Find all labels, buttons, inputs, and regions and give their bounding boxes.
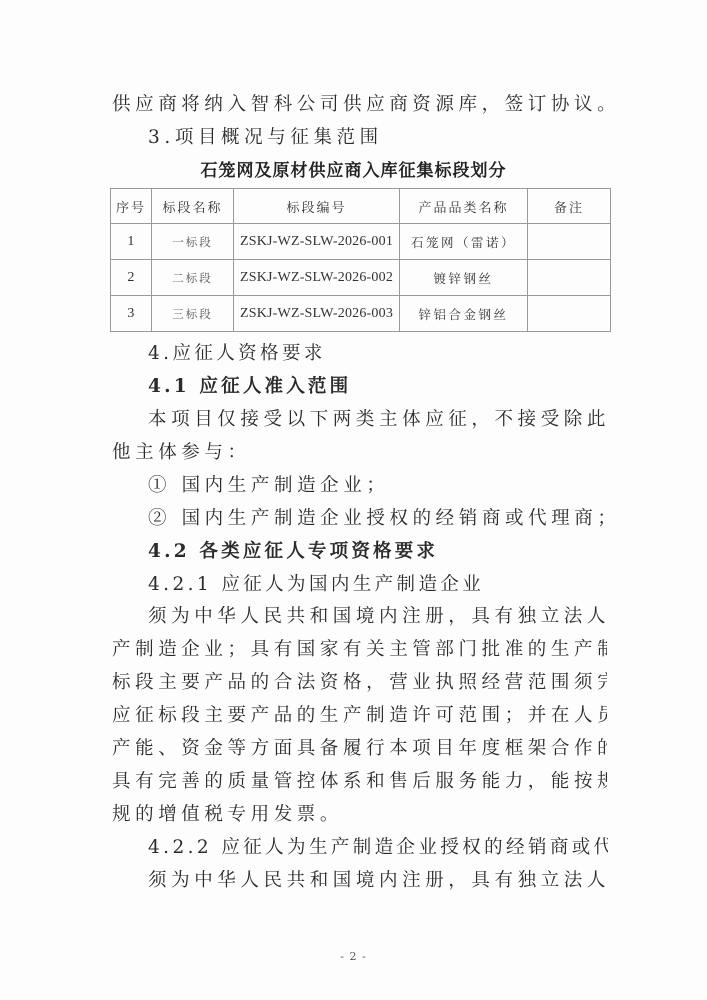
col-header-section-code: 标段编号 xyxy=(234,189,400,224)
cell-product: 石笼网（雷诺） xyxy=(400,224,528,260)
cell-remarks xyxy=(528,296,611,332)
cell-section-code: ZSKJ-WZ-SLW-2026-001 xyxy=(234,224,400,260)
table-title: 石笼网及原材供应商入库征集标段划分 xyxy=(0,156,707,181)
cell-section-code: ZSKJ-WZ-SLW-2026-003 xyxy=(234,296,400,332)
paragraph-line: 应征标段主要产品的生产制造许可范围；并在人员、设备、 xyxy=(112,699,607,732)
cell-index: 2 xyxy=(111,260,152,296)
col-header-remarks: 备注 xyxy=(528,189,611,224)
cell-section-name: 三标段 xyxy=(152,296,234,332)
list-item: ① 国内生产制造企业； xyxy=(148,469,608,502)
col-header-section-name: 标段名称 xyxy=(152,189,234,224)
table-row: 3 三标段 ZSKJ-WZ-SLW-2026-003 锌铝合金钢丝 xyxy=(111,296,611,332)
cell-product: 镀锌钢丝 xyxy=(400,260,528,296)
document-page: 供应商将纳入智科公司供应商资源库，签订协议。 3.项目概况与征集范围 石笼网及原… xyxy=(0,0,707,1000)
paragraph-line: 标段主要产品的合法资格，营业执照经营范围须完全覆盖所 xyxy=(112,666,607,699)
paragraph-line: 产能、资金等方面具备履行本项目年度框架合作的能力，且 xyxy=(112,732,607,765)
table-row: 2 二标段 ZSKJ-WZ-SLW-2026-002 镀锌钢丝 xyxy=(111,260,611,296)
cell-section-name: 一标段 xyxy=(152,224,234,260)
section-4-heading: 4.应征人资格要求 xyxy=(148,337,608,370)
cell-remarks xyxy=(528,224,611,260)
section-4-1-heading: 4.1 应征人准入范围 xyxy=(148,370,608,403)
paragraph-line: 具有完善的质量管控体系和售后服务能力，能按规定提供合 xyxy=(112,765,607,798)
list-item: ② 国内生产制造企业授权的经销商或代理商； xyxy=(148,502,608,535)
bid-section-table: 序号 标段名称 标段编号 产品品类名称 备注 1 一标段 ZSKJ-WZ-SLW… xyxy=(110,188,611,332)
paragraph-line: 产制造企业；具有国家有关主管部门批准的生产制造所应征 xyxy=(112,633,607,666)
page-number: - 2 - xyxy=(0,950,707,963)
paragraph-line: 供应商将纳入智科公司供应商资源库，签订协议。 xyxy=(112,88,607,121)
table-header-row: 序号 标段名称 标段编号 产品品类名称 备注 xyxy=(111,189,611,224)
paragraph-line: 他主体参与： xyxy=(112,436,607,469)
col-header-index: 序号 xyxy=(111,189,152,224)
cell-index: 3 xyxy=(111,296,152,332)
cell-product: 锌铝合金钢丝 xyxy=(400,296,528,332)
cell-index: 1 xyxy=(111,224,152,260)
paragraph-line: 本项目仅接受以下两类主体应征，不接受除此以外的其 xyxy=(148,403,608,436)
paragraph-line: 规的增值税专用发票。 xyxy=(112,798,607,831)
table-row: 1 一标段 ZSKJ-WZ-SLW-2026-001 石笼网（雷诺） xyxy=(111,224,611,260)
cell-remarks xyxy=(528,260,611,296)
section-4-2-1-heading: 4.2.1 应征人为国内生产制造企业 xyxy=(148,568,608,601)
section-4-2-2-heading: 4.2.2 应征人为生产制造企业授权的经销商或代理商 xyxy=(148,831,608,864)
cell-section-name: 二标段 xyxy=(152,260,234,296)
col-header-product: 产品品类名称 xyxy=(400,189,528,224)
section-4-2-heading: 4.2 各类应征人专项资格要求 xyxy=(148,535,608,568)
paragraph-line: 须为中华人民共和国境内注册，具有独立法人资格的生 xyxy=(148,600,608,633)
cell-section-code: ZSKJ-WZ-SLW-2026-002 xyxy=(234,260,400,296)
paragraph-line: 须为中华人民共和国境内注册，具有独立法人资格的经 xyxy=(148,864,608,897)
section-3-heading: 3.项目概况与征集范围 xyxy=(148,121,608,154)
